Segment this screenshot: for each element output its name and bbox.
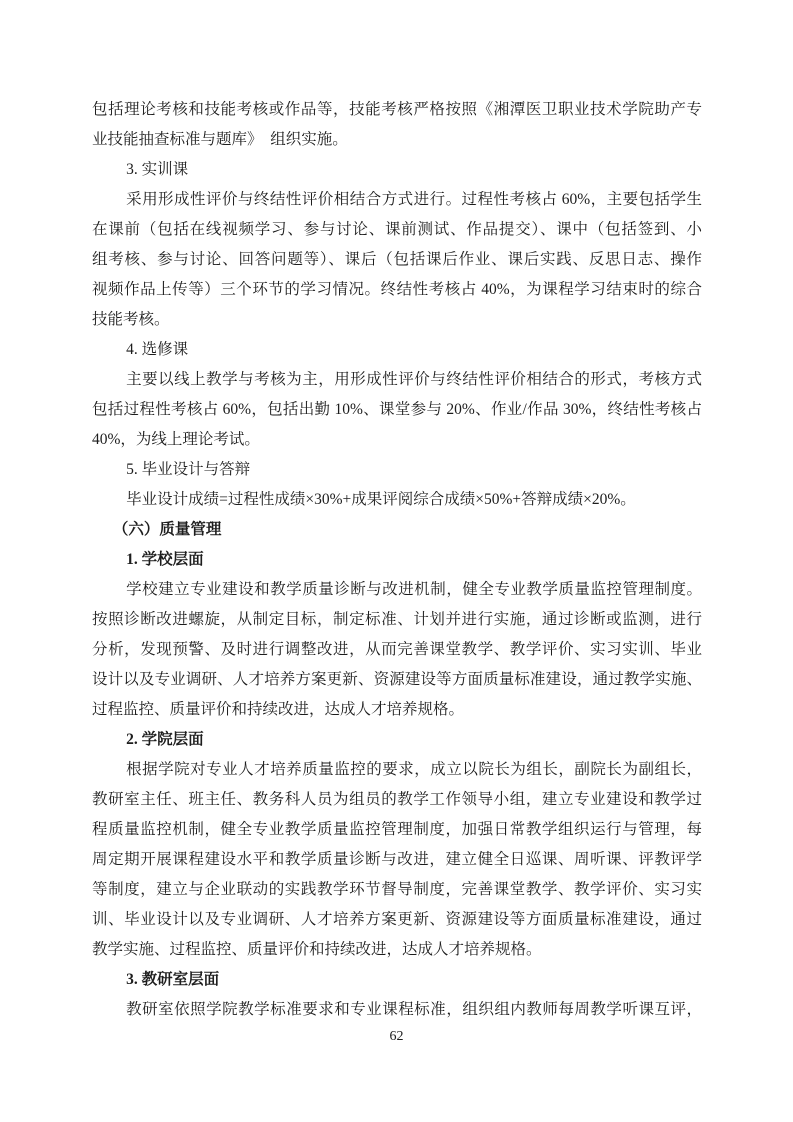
text-line: 按照诊断改进螺旋，从制定目标，制定标准、计划并进行实施，通过诊断或监测，进行 xyxy=(92,605,702,635)
text-line: 技能考核。 xyxy=(92,305,702,335)
text-line: 程质量监控机制，健全专业教学质量监控管理制度，加强日常教学组织运行与管理，每 xyxy=(92,815,702,845)
page-number: 62 xyxy=(390,1029,404,1044)
text-line: 过程监控、质量评价和持续改进，达成人才培养规格。 xyxy=(92,695,702,725)
text-line: 学校建立专业建设和教学质量诊断与改进机制，健全专业教学质量监控管理制度。 xyxy=(92,575,702,605)
text-line: 采用形成性评价与终结性评价相结合方式进行。过程性考核占 60%，主要包括学生 xyxy=(92,185,702,215)
text-line: 毕业设计成绩=过程性成绩×30%+成果评阅综合成绩×50%+答辩成绩×20%。 xyxy=(92,485,702,515)
section-heading: （六）质量管理 xyxy=(92,515,702,545)
page-footer: 62 xyxy=(0,1027,793,1046)
text-line: 3. 实训课 xyxy=(92,155,702,185)
text-line: 在课前（包括在线视频学习、参与讨论、课前测试、作品提交）、课中（包括签到、小 xyxy=(92,215,702,245)
text-line: 训、毕业设计以及专业调研、人才培养方案更新、资源建设等方面质量标准建设，通过 xyxy=(92,905,702,935)
text-line: 主要以线上教学与考核为主，用形成性评价与终结性评价相结合的形式，考核方式 xyxy=(92,365,702,395)
text-line: 包括理论考核和技能考核或作品等，技能考核严格按照《湘潭医卫职业技术学院助产专 xyxy=(92,95,702,125)
section-heading: 2. 学院层面 xyxy=(92,725,702,755)
text-line: 教研室依照学院教学标准要求和专业课程标准，组织组内教师每周教学听课互评， xyxy=(92,995,702,1025)
text-line: 40%，为线上理论考试。 xyxy=(92,425,702,455)
text-line: 包括过程性考核占 60%，包括出勤 10%、课堂参与 20%、作业/作品 30%… xyxy=(92,395,702,425)
text-line: 5. 毕业设计与答辩 xyxy=(92,455,702,485)
text-line: 组考核、参与讨论、回答问题等）、课后（包括课后作业、课后实践、反思日志、操作 xyxy=(92,245,702,275)
text-line: 视频作品上传等）三个环节的学习情况。终结性考核占 40%，为课程学习结束时的综合 xyxy=(92,275,702,305)
text-line: 设计以及专业调研、人才培养方案更新、资源建设等方面质量标准建设，通过教学实施、 xyxy=(92,665,702,695)
text-line: 根据学院对专业人才培养质量监控的要求，成立以院长为组长，副院长为副组长， xyxy=(92,755,702,785)
document-body: 包括理论考核和技能考核或作品等，技能考核严格按照《湘潭医卫职业技术学院助产专业技… xyxy=(92,95,702,1025)
text-line: 4. 选修课 xyxy=(92,335,702,365)
section-heading: 1. 学校层面 xyxy=(92,545,702,575)
text-line: 教学实施、过程监控、质量评价和持续改进，达成人才培养规格。 xyxy=(92,935,702,965)
text-line: 等制度，建立与企业联动的实践教学环节督导制度，完善课堂教学、教学评价、实习实 xyxy=(92,875,702,905)
section-heading: 3. 教研室层面 xyxy=(92,965,702,995)
text-line: 教研室主任、班主任、教务科人员为组员的教学工作领导小组，建立专业建设和教学过 xyxy=(92,785,702,815)
text-line: 周定期开展课程建设水平和教学质量诊断与改进，建立健全日巡课、周听课、评教评学 xyxy=(92,845,702,875)
document-page: 包括理论考核和技能考核或作品等，技能考核严格按照《湘潭医卫职业技术学院助产专业技… xyxy=(0,0,793,1122)
text-line: 分析，发现预警、及时进行调整改进，从而完善课堂教学、教学评价、实习实训、毕业 xyxy=(92,635,702,665)
text-line: 业技能抽查标准与题库》 组织实施。 xyxy=(92,125,702,155)
